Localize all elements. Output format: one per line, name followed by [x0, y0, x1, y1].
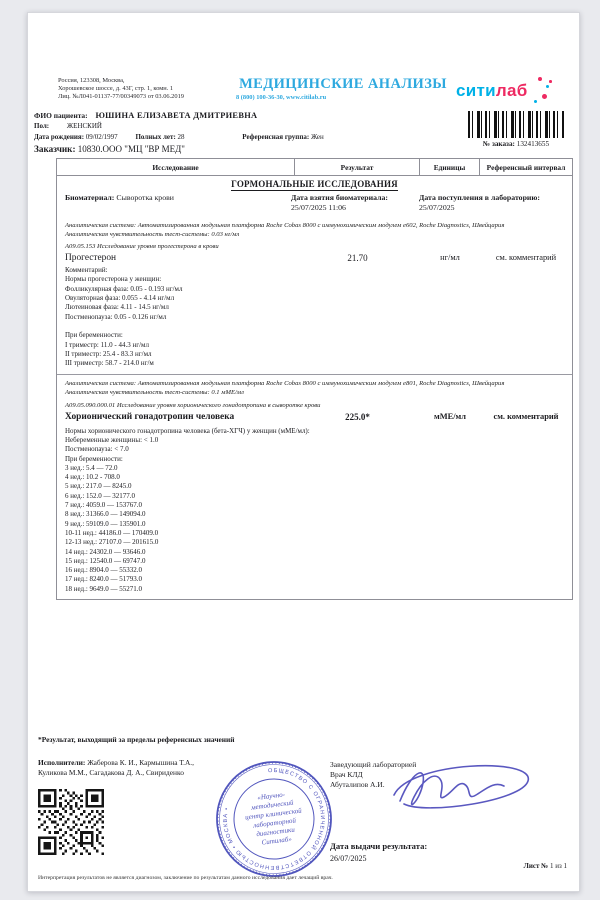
comment-line: При беременности: [65, 455, 564, 464]
barcode-icon [468, 111, 564, 138]
comment-line: 9 нед.: 59109.0 — 135901.0 [65, 520, 564, 529]
biomaterial-row: Биоматериал: Сыворотка крови Дата взятия… [57, 190, 572, 217]
comment-line: Постменопауза: < 7.0 [65, 445, 564, 454]
lab-report-scan: Россия, 123308, Москва,Хорошевское шоссе… [0, 0, 600, 900]
results-table: Исследование Результат Единицы Референсн… [56, 158, 573, 600]
comment-line: 4 нед.: 10.2 - 708.0 [65, 473, 564, 482]
analytic-system-line: Аналитическая чувствительность тест-сист… [65, 389, 564, 398]
address-line: Лиц. №Л041-01137-77/00349073 от 03.06.20… [58, 93, 184, 101]
comment-line: Постменопауза: 0.05 - 0.126 нг/мл [65, 313, 564, 322]
comment-line: 16 нед.: 8904.0 — 55332.0 [65, 566, 564, 575]
logo-dot-icon [549, 80, 552, 83]
test-code-progesterone: А09.05.153 Исследование уровня прогестер… [57, 239, 572, 250]
sheet-number-label: Лист № [524, 862, 549, 870]
test-result: 225.0* [295, 412, 420, 422]
analytic-system-progesterone: Аналитическая система: Автоматизированна… [57, 217, 572, 239]
comment-line: Овуляторная фаза: 0.055 - 4.14 нг/мл [65, 294, 564, 303]
comment-line: Комментарий: [65, 266, 564, 275]
analytic-system-hcg: Аналитическая система: Автоматизированна… [57, 375, 572, 397]
result-row-hcg: Хорионический гонадотропин человека 225.… [57, 412, 572, 422]
comment-line: 10-11 нед.: 44186.0 — 170409.0 [65, 529, 564, 538]
report-sheet: Россия, 123308, Москва,Хорошевское шоссе… [27, 12, 580, 892]
logo-dot-icon [538, 77, 542, 81]
issue-date-label: Дата выдачи результата: [330, 841, 427, 851]
analytic-system-line: Аналитическая система: Автоматизированна… [65, 222, 564, 231]
order-barcode-block: № заказа: 132413655 [460, 111, 572, 148]
address-line: Хорошевское шоссе, д. 43Г, стр. 1, комн.… [58, 85, 184, 93]
comment-line: 7 нед.: 4059.0 — 153767.0 [65, 501, 564, 510]
patient-ref-group: Жен [311, 133, 324, 141]
comment-line: 14 нед.: 24302.0 — 93646.0 [65, 548, 564, 557]
test-ref: см. комментарий [480, 412, 572, 422]
customer-row: Заказчик: 10830.ООО "МЦ "ВР МЕД" [34, 144, 454, 154]
lab-address: Россия, 123308, Москва,Хорошевское шоссе… [58, 77, 184, 102]
comment-line: Фолликулярная фаза: 0.05 - 0.193 нг/мл [65, 285, 564, 294]
test-units: мМЕ/мл [420, 412, 480, 422]
comment-line: I триместр: 11.0 - 44.3 нг/мл [65, 341, 564, 350]
progesterone-comment: Комментарий:Нормы прогестерона у женщин:… [57, 264, 572, 370]
taken-label: Дата взятия биоматериала: [291, 193, 419, 202]
logo-text-citi: сити [456, 81, 496, 100]
order-label: № заказа: [483, 140, 515, 148]
executors-block: Исполнители: Жаберова К. И., Кармышина Т… [38, 758, 208, 777]
biomaterial-value: Сыворотка крови [116, 193, 174, 202]
comment-line: Лютеиновая фаза: 4.11 - 14.5 нг/мл [65, 303, 564, 312]
comment-line: Нормы прогестерона у женщин: [65, 275, 564, 284]
comment-line: 6 нед.: 152.0 — 32177.0 [65, 492, 564, 501]
biomaterial-cell: Биоматериал: Сыворотка крови [65, 193, 291, 212]
patient-age: 28 [178, 133, 185, 141]
ref-group-label: Референсная группа: [242, 133, 309, 141]
comment-line: 17 нед.: 8240.0 — 51793.0 [65, 575, 564, 584]
comment-line: 12-13 нед.: 27107.0 — 201615.0 [65, 538, 564, 547]
section-title: ГОРМОНАЛЬНЫЕ ИССЛЕДОВАНИЯ [231, 179, 398, 191]
hcg-comment: Нормы хорионического гонадотропина челов… [57, 423, 572, 599]
lab-phone-site: 8 (800) 100-36-30, www.citilab.ru [228, 94, 458, 101]
header-center: МЕДИЦИНСКИЕ АНАЛИЗЫ 8 (800) 100-36-30, w… [228, 76, 458, 101]
col-header-test: Исследование [57, 159, 295, 176]
executors-label: Исполнители: [38, 758, 85, 767]
biomaterial-label: Биоматериал: [65, 193, 114, 202]
received-label: Дата поступления в лабораторию: [419, 193, 568, 202]
order-number: 132413655 [517, 140, 549, 148]
customer-value: 10830.ООО "МЦ "ВР МЕД" [78, 144, 185, 154]
address-line: Россия, 123308, Москва, [58, 77, 184, 85]
citilab-logo: ситилаб [456, 81, 528, 101]
patient-sex-row: Пол: ЖЕНСКИЙ [34, 122, 454, 130]
patient-birth-row: Дата рождения: 09/02/1997 Полных лет: 28… [34, 133, 454, 141]
out-of-range-footnote: *Результат, выходящий за пределы референ… [38, 735, 235, 744]
patient-fio-row: ФИО пациента: ЮШИНА ЕЛИЗАВЕТА ДМИТРИЕВНА [34, 111, 454, 120]
issue-date-value: 26/07/2025 [330, 854, 427, 863]
patient-sex: ЖЕНСКИЙ [67, 122, 102, 130]
analytic-system-line: Аналитическая чувствительность тест-сист… [65, 231, 564, 240]
birth-label: Дата рождения: [34, 133, 84, 141]
test-units: нг/мл [420, 253, 480, 263]
taken-cell: Дата взятия биоматериала: 25/07/2025 11:… [291, 193, 419, 212]
sheet-number: Лист № 1 из 1 [524, 862, 567, 870]
patient-name: ЮШИНА ЕЛИЗАВЕТА ДМИТРИЕВНА [95, 111, 257, 120]
analytic-system-line: Аналитическая система: Автоматизированна… [65, 380, 564, 389]
col-header-units: Единицы [420, 159, 480, 176]
age-label: Полных лет: [135, 133, 175, 141]
customer-label: Заказчик: [34, 144, 76, 154]
patient-block: ФИО пациента: ЮШИНА ЕЛИЗАВЕТА ДМИТРИЕВНА… [34, 111, 454, 154]
comment-line: 5 нед.: 217.0 — 8245.0 [65, 482, 564, 491]
comment-line [65, 322, 564, 331]
logo-text-lab: лаб [496, 81, 528, 100]
received-cell: Дата поступления в лабораторию: 25/07/20… [419, 193, 568, 212]
received-value: 25/07/2025 [419, 203, 568, 212]
sex-label: Пол: [34, 122, 49, 130]
fio-label: ФИО пациента: [34, 111, 88, 120]
comment-line: 8 нед.: 31366.0 — 149094.0 [65, 510, 564, 519]
disclaimer-text: Интерпретация результатов не является ди… [38, 875, 558, 881]
sheet-number-value: 1 из 1 [550, 862, 567, 870]
comment-line: Нормы хорионического гонадотропина челов… [65, 427, 564, 436]
lab-title: МЕДИЦИНСКИЕ АНАЛИЗЫ [228, 76, 458, 93]
issue-date-block: Дата выдачи результата: 26/07/2025 [330, 841, 427, 863]
col-header-ref: Референсный интервал [480, 159, 572, 176]
qr-code-icon [38, 789, 104, 855]
patient-birth: 09/02/1997 [86, 133, 118, 141]
comment-line: При беременности: [65, 331, 564, 340]
comment-line: II триместр: 25.4 - 83.3 нг/мл [65, 350, 564, 359]
lab-round-stamp: ОБЩЕСТВО С ОГРАНИЧЕННОЙ ОТВЕТСТВЕННОСТЬЮ… [205, 746, 342, 892]
test-name: Хорионический гонадотропин человека [57, 412, 295, 422]
comment-line: 3 нед.: 5.4 — 72.0 [65, 464, 564, 473]
comment-line: III триместр: 58.7 - 214.0 нг/м [65, 359, 564, 368]
test-name: Прогестерон [57, 253, 295, 263]
comment-line: 15 нед.: 12540.0 — 69747.0 [65, 557, 564, 566]
taken-value: 25/07/2025 11:06 [291, 203, 419, 212]
logo-dot-icon [546, 85, 549, 88]
test-code-hcg: А09.05.090.000.01 Исследование уровня хо… [57, 398, 572, 409]
logo-dot-icon [534, 100, 537, 103]
table-header-row: Исследование Результат Единицы Референсн… [57, 159, 572, 176]
logo-dot-icon [542, 94, 547, 99]
test-ref: см. комментарий [480, 253, 572, 263]
col-header-result: Результат [295, 159, 420, 176]
test-result: 21.70 [295, 253, 420, 263]
comment-line: Небеременные женщины: < 1.0 [65, 436, 564, 445]
section-title-row: ГОРМОНАЛЬНЫЕ ИССЛЕДОВАНИЯ [57, 176, 572, 190]
result-row-progesterone: Прогестерон 21.70 нг/мл см. комментарий [57, 253, 572, 263]
comment-line: 18 нед.: 9649.0 — 55271.0 [65, 585, 564, 594]
order-number-line: № заказа: 132413655 [460, 140, 572, 148]
signature-icon [386, 761, 561, 823]
